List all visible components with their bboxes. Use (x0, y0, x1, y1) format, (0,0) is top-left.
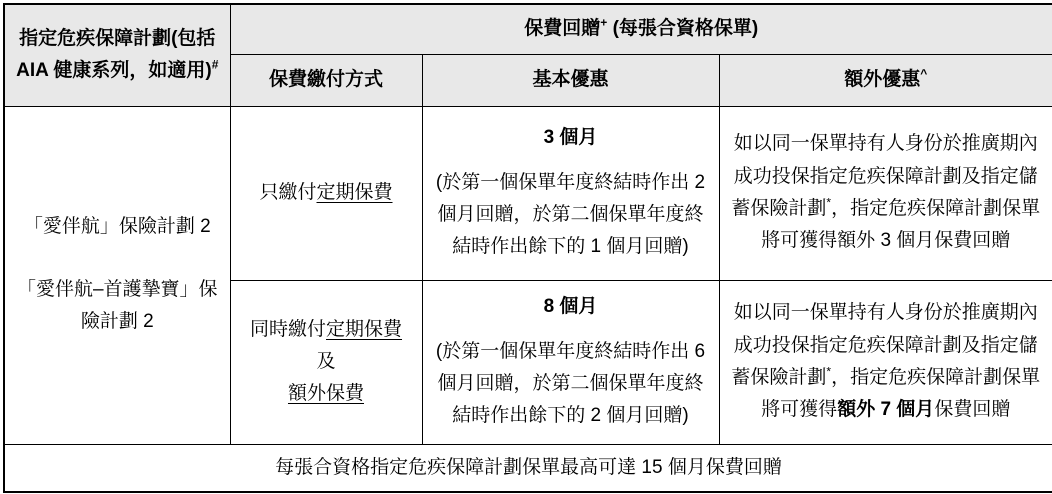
basic-benefit-row2-months: 8 個月 (433, 291, 709, 323)
plan-names-cell: 「愛伴航」保險計劃 2 「愛伴航–首護摯寶」保險計劃 2 (4, 106, 230, 444)
basic-benefit-row2-detail: (於第一個保單年度終結時作出 6 個月回贈，於第二個保單年度終結時作出餘下的 2… (433, 336, 709, 433)
max-refund-footer-text: 每張合資格指定危疾保障計劃保單最高可達 15 個月保費回贈 (275, 457, 782, 478)
premium-refund-table: 指定危疾保障計劃(包括 AIA 健康系列，如適用)# 保費回贈+ (每張合資格保… (3, 3, 1052, 493)
extra-benefit-header-text: 額外優惠 (844, 69, 920, 90)
payment-method-row1-prefix: 只繳付 (259, 182, 316, 203)
plan-name-1: 「愛伴航」保險計劃 2 (15, 211, 220, 243)
payment-method-row2-underlined-1: 定期保費 (326, 319, 402, 340)
basic-benefit-column-header: 基本優惠 (422, 54, 719, 106)
basic-benefit-row1-detail: (於第一個保單年度終結時作出 2 個月回贈，於第二個保單年度終結時作出餘下的 1… (433, 167, 709, 264)
payment-method-row2-prefix: 同時繳付 (250, 319, 326, 340)
plan-names-spacer (15, 244, 220, 274)
extra-benefit-cell-row2: 如以同一保單持有人身份於推廣期內成功投保指定危疾保障計劃及指定儲蓄保險計劃*，指… (719, 280, 1052, 444)
payment-method-header-text: 保費繳付方式 (269, 69, 383, 90)
payment-method-row2-conjunction: 及 (316, 351, 335, 372)
plan-name-2: 「愛伴航–首護摯寶」保險計劃 2 (15, 274, 220, 339)
plan-column-header: 指定危疾保障計劃(包括 AIA 健康系列，如適用)# (4, 4, 230, 106)
extra-benefit-cell-row1: 如以同一保單持有人身份於推廣期內成功投保指定危疾保障計劃及指定儲蓄保險計劃*，指… (719, 106, 1052, 280)
basic-benefit-row1-months: 3 個月 (433, 122, 709, 154)
max-refund-footer: 每張合資格指定危疾保障計劃保單最高可達 15 個月保費回贈 (4, 444, 1052, 492)
payment-method-cell-row1: 只繳付定期保費 (230, 106, 422, 280)
extra-benefit-footnote-mark: ^ (920, 67, 927, 81)
promo-table-page: 指定危疾保障計劃(包括 AIA 健康系列，如適用)# 保費回贈+ (每張合資格保… (0, 0, 1052, 494)
plan-column-header-text: 指定危疾保障計劃(包括 AIA 健康系列，如適用) (16, 28, 215, 81)
basic-benefit-cell-row2: 8 個月 (於第一個保單年度終結時作出 6 個月回贈，於第二個保單年度終結時作出… (422, 280, 719, 444)
plan-header-footnote-mark: # (212, 58, 219, 72)
basic-benefit-header-text: 基本優惠 (532, 69, 608, 90)
premium-refund-header-text: 保費回贈 (524, 18, 600, 39)
extra-benefit-row2-bold-months: 額外 7 個月 (837, 399, 934, 420)
payment-method-cell-row2: 同時繳付定期保費及額外保費 (230, 280, 422, 444)
extra-benefit-row2-text-after: 保費回贈 (934, 399, 1010, 420)
payment-method-column-header: 保費繳付方式 (230, 54, 422, 106)
extra-benefit-column-header: 額外優惠^ (719, 54, 1052, 106)
basic-benefit-cell-row1: 3 個月 (於第一個保單年度終結時作出 2 個月回贈，於第二個保單年度終結時作出… (422, 106, 719, 280)
payment-method-row1-underlined: 定期保費 (317, 182, 393, 203)
payment-method-row2-underlined-2: 額外保費 (288, 383, 364, 404)
premium-refund-header: 保費回贈+ (每張合資格保單) (230, 4, 1052, 54)
premium-refund-header-suffix: (每張合資格保單) (607, 18, 758, 39)
